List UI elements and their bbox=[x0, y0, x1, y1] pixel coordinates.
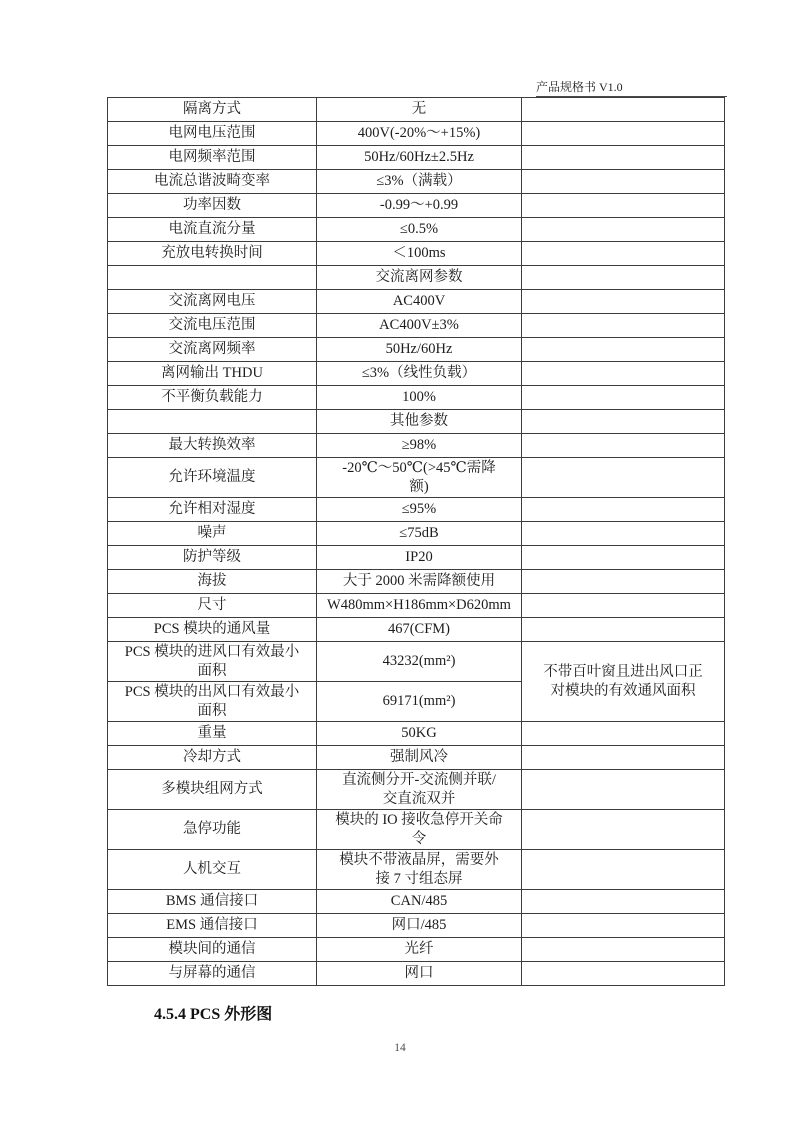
table-row: 冷却方式强制风冷 bbox=[108, 746, 725, 770]
document-header-version: 产品规格书 V1.0 bbox=[536, 80, 727, 97]
param-note-cell bbox=[522, 522, 725, 546]
param-label-cell: 不平衡负载能力 bbox=[108, 386, 317, 410]
param-label-cell: 尺寸 bbox=[108, 594, 317, 618]
table-row: PCS 模块的进风口有效最小 面积43232(mm²)不带百叶窗且进出风口正 对… bbox=[108, 642, 725, 682]
table-row: 电流直流分量≤0.5% bbox=[108, 218, 725, 242]
param-label-cell: 重量 bbox=[108, 722, 317, 746]
table-row: 交流离网参数 bbox=[108, 266, 725, 290]
table-row: 电网电压范围400V(-20%～+15%) bbox=[108, 122, 725, 146]
param-value-cell: 光纤 bbox=[317, 938, 522, 962]
param-label-cell: 电流直流分量 bbox=[108, 218, 317, 242]
param-label-cell: EMS 通信接口 bbox=[108, 914, 317, 938]
param-value-cell: -20℃～50℃(>45℃需降 额) bbox=[317, 458, 522, 498]
table-row: 充放电转换时间＜100ms bbox=[108, 242, 725, 266]
param-note-cell bbox=[522, 850, 725, 890]
param-value-cell: ≤3%（线性负载） bbox=[317, 362, 522, 386]
param-note-cell bbox=[522, 122, 725, 146]
param-value-cell: 50Hz/60Hz±2.5Hz bbox=[317, 146, 522, 170]
table-row: 不平衡负载能力100% bbox=[108, 386, 725, 410]
param-label-cell: 允许环境温度 bbox=[108, 458, 317, 498]
param-note-cell: 不带百叶窗且进出风口正 对模块的有效通风面积 bbox=[522, 642, 725, 722]
spec-table: 隔离方式无电网电压范围400V(-20%～+15%)电网频率范围50Hz/60H… bbox=[107, 97, 725, 986]
param-label-cell: PCS 模块的通风量 bbox=[108, 618, 317, 642]
param-note-cell bbox=[522, 914, 725, 938]
param-label-cell: 人机交互 bbox=[108, 850, 317, 890]
param-value-cell: ＜100ms bbox=[317, 242, 522, 266]
param-note-cell bbox=[522, 594, 725, 618]
param-label-cell: 模块间的通信 bbox=[108, 938, 317, 962]
param-value-cell: CAN/485 bbox=[317, 890, 522, 914]
param-label-cell: 最大转换效率 bbox=[108, 434, 317, 458]
param-label-cell: 急停功能 bbox=[108, 810, 317, 850]
param-note-cell bbox=[522, 314, 725, 338]
param-note-cell bbox=[522, 218, 725, 242]
param-note-cell bbox=[522, 938, 725, 962]
table-row: 防护等级IP20 bbox=[108, 546, 725, 570]
param-value-cell: 大于 2000 米需降额使用 bbox=[317, 570, 522, 594]
table-row: 离网输出 THDU≤3%（线性负载） bbox=[108, 362, 725, 386]
param-note-cell bbox=[522, 722, 725, 746]
table-row: 急停功能模块的 IO 接收急停开关命 令 bbox=[108, 810, 725, 850]
param-value-cell: 模块不带液晶屏，需要外 接 7 寸组态屏 bbox=[317, 850, 522, 890]
document-page: 产品规格书 V1.0 隔离方式无电网电压范围400V(-20%～+15%)电网频… bbox=[0, 0, 800, 1131]
param-note-cell bbox=[522, 266, 725, 290]
param-label-cell: 允许相对湿度 bbox=[108, 498, 317, 522]
table-row: 交流电压范围AC400V±3% bbox=[108, 314, 725, 338]
param-value-cell: IP20 bbox=[317, 546, 522, 570]
table-row: 允许环境温度-20℃～50℃(>45℃需降 额) bbox=[108, 458, 725, 498]
param-value-cell: AC400V bbox=[317, 290, 522, 314]
param-note-cell bbox=[522, 194, 725, 218]
table-row: 允许相对湿度≤95% bbox=[108, 498, 725, 522]
table-row: 人机交互模块不带液晶屏，需要外 接 7 寸组态屏 bbox=[108, 850, 725, 890]
param-label-cell: 与屏幕的通信 bbox=[108, 962, 317, 986]
param-note-cell bbox=[522, 546, 725, 570]
table-row: 海拔大于 2000 米需降额使用 bbox=[108, 570, 725, 594]
param-label-cell: 功率因数 bbox=[108, 194, 317, 218]
param-note-cell bbox=[522, 410, 725, 434]
param-note-cell bbox=[522, 338, 725, 362]
table-row: PCS 模块的通风量467(CFM) bbox=[108, 618, 725, 642]
param-value-cell: ≤95% bbox=[317, 498, 522, 522]
param-note-cell bbox=[522, 890, 725, 914]
param-value-cell: ≤0.5% bbox=[317, 218, 522, 242]
param-label-cell: 噪声 bbox=[108, 522, 317, 546]
param-label-cell: 冷却方式 bbox=[108, 746, 317, 770]
param-value-cell: 直流侧分开-交流侧并联/ 交直流双并 bbox=[317, 770, 522, 810]
param-label-cell: 多模块组网方式 bbox=[108, 770, 317, 810]
param-value-cell: AC400V±3% bbox=[317, 314, 522, 338]
table-row: 最大转换效率≥98% bbox=[108, 434, 725, 458]
param-value-cell: W480mm×H186mm×D620mm bbox=[317, 594, 522, 618]
param-label-cell: 隔离方式 bbox=[108, 98, 317, 122]
table-row: BMS 通信接口CAN/485 bbox=[108, 890, 725, 914]
param-note-cell bbox=[522, 242, 725, 266]
param-label-cell bbox=[108, 266, 317, 290]
table-row: 功率因数-0.99～+0.99 bbox=[108, 194, 725, 218]
param-note-cell bbox=[522, 146, 725, 170]
param-note-cell bbox=[522, 434, 725, 458]
param-value-cell: 400V(-20%～+15%) bbox=[317, 122, 522, 146]
param-label-cell: 电流总谐波畸变率 bbox=[108, 170, 317, 194]
param-note-cell bbox=[522, 170, 725, 194]
param-label-cell: 交流电压范围 bbox=[108, 314, 317, 338]
param-label-cell: 电网电压范围 bbox=[108, 122, 317, 146]
table-row: 电流总谐波畸变率≤3%（满载） bbox=[108, 170, 725, 194]
param-label-cell: PCS 模块的进风口有效最小 面积 bbox=[108, 642, 317, 682]
param-value-cell: ≤3%（满载） bbox=[317, 170, 522, 194]
param-value-cell: 467(CFM) bbox=[317, 618, 522, 642]
param-label-cell: BMS 通信接口 bbox=[108, 890, 317, 914]
param-note-cell bbox=[522, 98, 725, 122]
table-row: 重量50KG bbox=[108, 722, 725, 746]
table-row: 电网频率范围50Hz/60Hz±2.5Hz bbox=[108, 146, 725, 170]
table-row: 与屏幕的通信网口 bbox=[108, 962, 725, 986]
table-row: 交流离网电压AC400V bbox=[108, 290, 725, 314]
param-label-cell: 电网频率范围 bbox=[108, 146, 317, 170]
table-row: 噪声≤75dB bbox=[108, 522, 725, 546]
page-number: 14 bbox=[0, 1042, 800, 1054]
param-value-cell: 50KG bbox=[317, 722, 522, 746]
param-value-cell: 无 bbox=[317, 98, 522, 122]
param-note-cell bbox=[522, 290, 725, 314]
param-note-cell bbox=[522, 362, 725, 386]
param-value-cell: 43232(mm²) bbox=[317, 642, 522, 682]
param-value-cell: 网口 bbox=[317, 962, 522, 986]
table-row: 多模块组网方式直流侧分开-交流侧并联/ 交直流双并 bbox=[108, 770, 725, 810]
param-note-cell bbox=[522, 570, 725, 594]
param-value-cell: ≤75dB bbox=[317, 522, 522, 546]
param-label-cell bbox=[108, 410, 317, 434]
table-row: 隔离方式无 bbox=[108, 98, 725, 122]
param-note-cell bbox=[522, 498, 725, 522]
param-note-cell bbox=[522, 770, 725, 810]
section-heading: 4.5.4 PCS 外形图 bbox=[154, 1001, 272, 1024]
param-value-cell: 网口/485 bbox=[317, 914, 522, 938]
param-note-cell bbox=[522, 386, 725, 410]
param-value-cell: 其他参数 bbox=[317, 410, 522, 434]
param-note-cell bbox=[522, 458, 725, 498]
table-row: 其他参数 bbox=[108, 410, 725, 434]
param-value-cell: 交流离网参数 bbox=[317, 266, 522, 290]
param-value-cell: -0.99～+0.99 bbox=[317, 194, 522, 218]
param-note-cell bbox=[522, 810, 725, 850]
param-value-cell: 100% bbox=[317, 386, 522, 410]
param-label-cell: 交流离网电压 bbox=[108, 290, 317, 314]
param-note-cell bbox=[522, 746, 725, 770]
table-row: 模块间的通信光纤 bbox=[108, 938, 725, 962]
param-note-cell bbox=[522, 962, 725, 986]
param-label-cell: 离网输出 THDU bbox=[108, 362, 317, 386]
param-label-cell: 充放电转换时间 bbox=[108, 242, 317, 266]
param-note-cell bbox=[522, 618, 725, 642]
table-row: EMS 通信接口网口/485 bbox=[108, 914, 725, 938]
param-label-cell: PCS 模块的出风口有效最小 面积 bbox=[108, 682, 317, 722]
param-value-cell: 强制风冷 bbox=[317, 746, 522, 770]
table-row: 尺寸W480mm×H186mm×D620mm bbox=[108, 594, 725, 618]
param-label-cell: 海拔 bbox=[108, 570, 317, 594]
param-label-cell: 交流离网频率 bbox=[108, 338, 317, 362]
param-value-cell: 69171(mm²) bbox=[317, 682, 522, 722]
param-value-cell: 模块的 IO 接收急停开关命 令 bbox=[317, 810, 522, 850]
param-label-cell: 防护等级 bbox=[108, 546, 317, 570]
param-value-cell: ≥98% bbox=[317, 434, 522, 458]
table-row: 交流离网频率50Hz/60Hz bbox=[108, 338, 725, 362]
param-value-cell: 50Hz/60Hz bbox=[317, 338, 522, 362]
